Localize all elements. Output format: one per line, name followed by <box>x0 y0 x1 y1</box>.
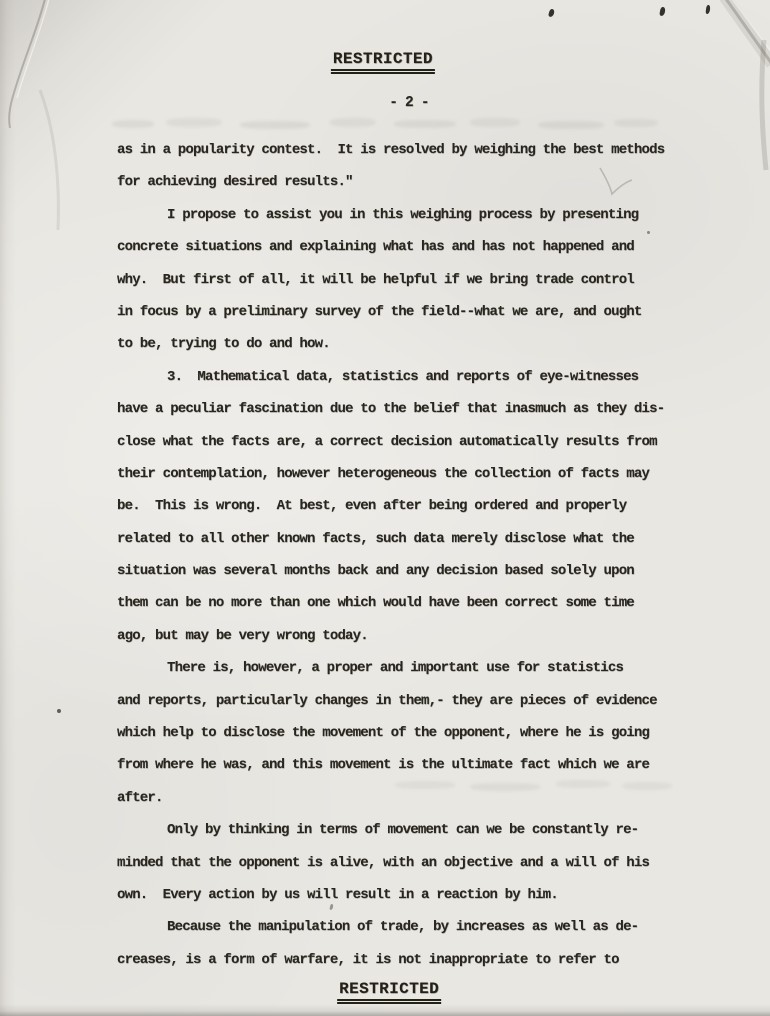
text-line: and reports, particularly changes in the… <box>117 685 692 717</box>
text-line: related to all other known facts, such d… <box>117 523 692 555</box>
text-line: to be, trying to do and how. <box>117 328 692 360</box>
ink-speck <box>705 5 710 14</box>
text-line: as in a popularity contest. It is resolv… <box>117 134 692 166</box>
ink-speck <box>659 7 666 17</box>
paragraph: I propose to assist you in this weighing… <box>117 199 692 361</box>
paragraph: 3. Mathematical data, statistics and rep… <box>117 361 692 653</box>
text-line: own. Every action by us will result in a… <box>117 879 692 911</box>
bleed-through-smudge <box>470 118 520 127</box>
paragraph: Only by thinking in terms of movement ca… <box>117 814 692 911</box>
ink-speck <box>548 8 555 17</box>
scanned-document-page: RESTRICTED - 2 - as in a popularity cont… <box>0 0 770 1016</box>
ink-speck <box>57 709 61 713</box>
text-line: why. But first of all, it will be helpfu… <box>117 264 692 296</box>
bleed-through-smudge <box>394 120 456 128</box>
text-line: There is, however, a proper and importan… <box>117 652 692 684</box>
classification-footer: RESTRICTED <box>337 980 441 1004</box>
text-line: from where he was, and this movement is … <box>117 749 692 781</box>
text-line: in focus by a preliminary survey of the … <box>117 296 692 328</box>
text-line: them can be no more than one which would… <box>117 587 692 619</box>
page-number: - 2 - <box>389 95 429 111</box>
text-line: 3. Mathematical data, statistics and rep… <box>117 361 692 393</box>
bleed-through-smudge <box>240 121 310 129</box>
text-line: ago, but may be very wrong today. <box>117 620 692 652</box>
bleed-through-smudge <box>112 120 154 128</box>
paragraph: Because the manipulation of trade, by in… <box>117 911 692 976</box>
text-line: Because the manipulation of trade, by in… <box>117 911 692 943</box>
text-line: their contemplation, however heterogeneo… <box>117 458 692 490</box>
bleed-through-smudge <box>166 118 222 127</box>
bleed-through-smudge <box>330 118 376 127</box>
text-line: for achieving desired results." <box>117 166 692 198</box>
paragraph: There is, however, a proper and importan… <box>117 652 692 814</box>
text-line: situation was several months back and an… <box>117 555 692 587</box>
bleed-through-smudge <box>538 121 604 129</box>
classification-header: RESTRICTED <box>331 50 435 74</box>
text-line: I propose to assist you in this weighing… <box>117 199 692 231</box>
text-line: creases, is a form of warfare, it is not… <box>117 944 692 976</box>
paragraph: as in a popularity contest. It is resolv… <box>117 134 692 199</box>
text-line: concrete situations and explaining what … <box>117 231 692 263</box>
text-line: be. This is wrong. At best, even after b… <box>117 490 692 522</box>
text-line: which help to disclose the movement of t… <box>117 717 692 749</box>
text-line: Only by thinking in terms of movement ca… <box>117 814 692 846</box>
text-line: have a peculiar fascination due to the b… <box>117 393 692 425</box>
text-line: close what the facts are, a correct deci… <box>117 426 692 458</box>
text-line: minded that the opponent is alive, with … <box>117 847 692 879</box>
document-body: as in a popularity contest. It is resolv… <box>117 134 692 976</box>
text-line: after. <box>117 782 692 814</box>
bleed-through-smudge <box>614 119 658 127</box>
